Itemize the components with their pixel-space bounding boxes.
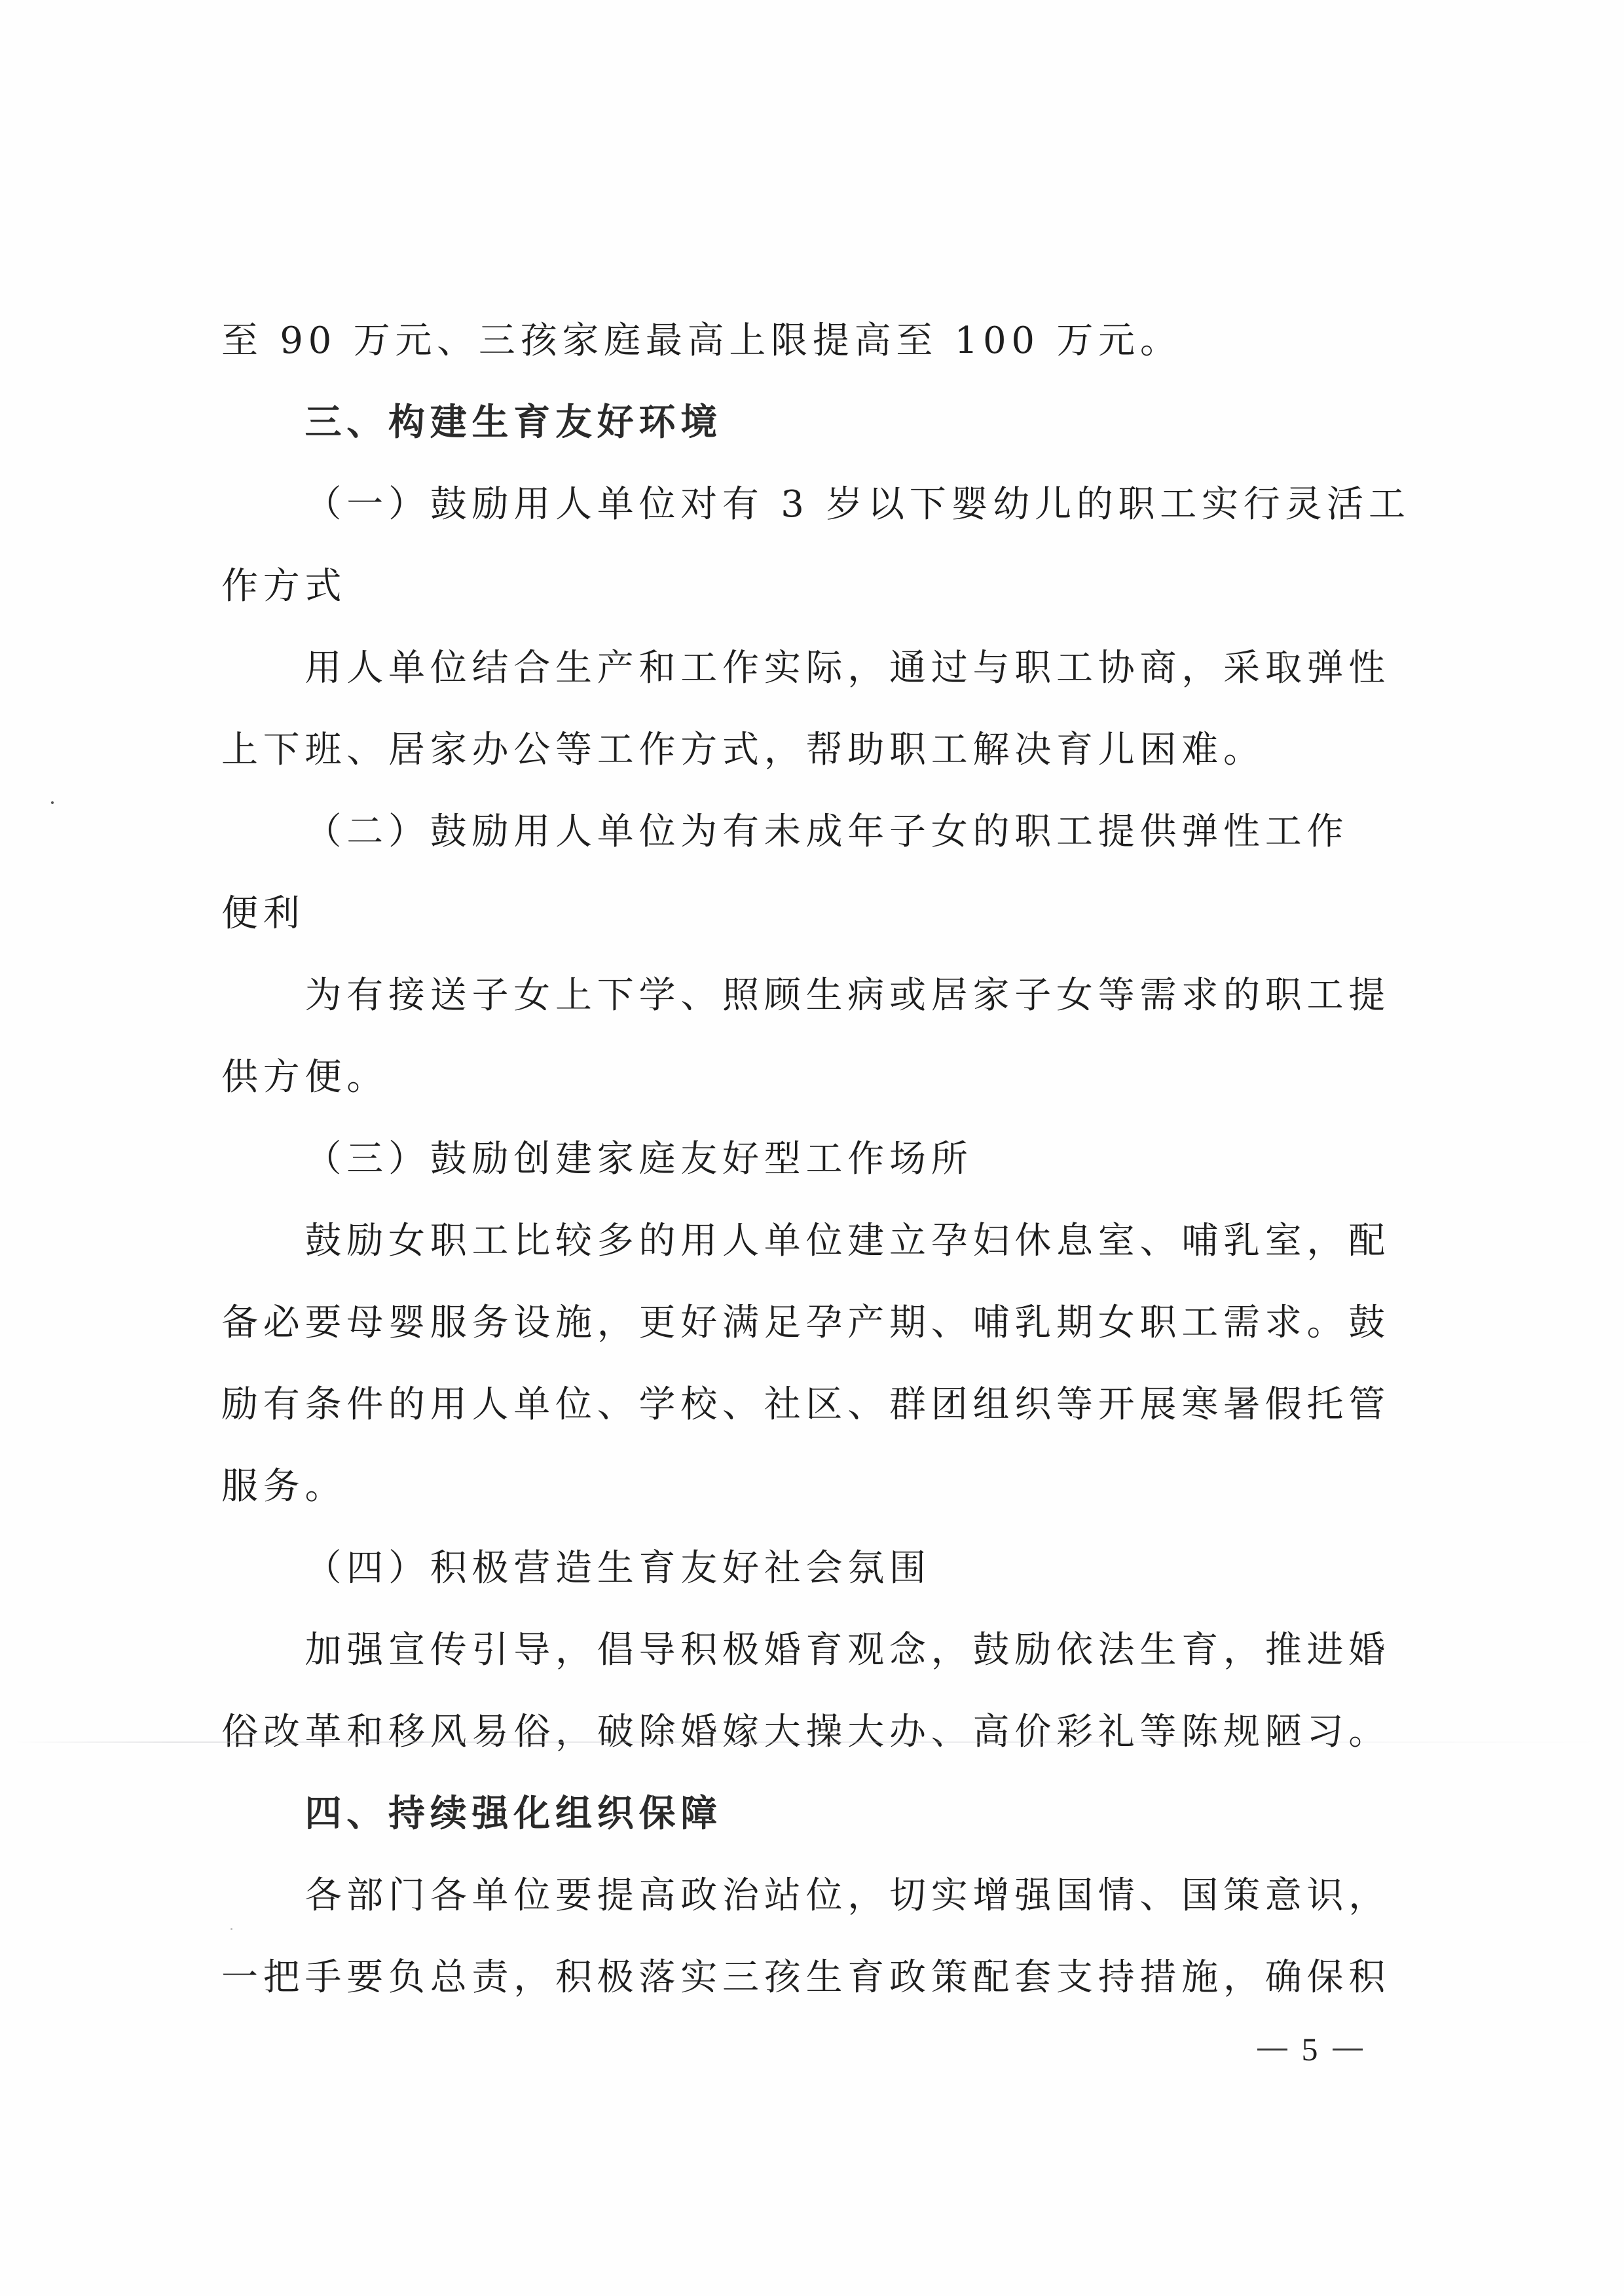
- subsection-heading-1: （一）鼓励用人单位对有 3 岁以下婴幼儿的职工实行灵活工: [221, 470, 1393, 552]
- subsection-heading-4: （四）积极营造生育友好社会氛围: [221, 1534, 1393, 1616]
- dust-speck: [51, 801, 54, 804]
- document-body: 至 90 万元、三孩家庭最高上限提高至 100 万元。 三、构建生育友好环境 （…: [221, 306, 1393, 2025]
- paragraph-line: 鼓励女职工比较多的用人单位建立孕妇休息室、哺乳室，配: [221, 1207, 1393, 1288]
- page-number-left-dash: [1257, 2049, 1287, 2050]
- dust-speck: [231, 1928, 232, 1930]
- paragraph-line: 俗改革和移风易俗，破除婚嫁大操大办、高价彩礼等陈规陋习。: [221, 1698, 1393, 1779]
- section-heading-3: 三、构建生育友好环境: [221, 388, 1393, 470]
- paragraph-line: 至 90 万元、三孩家庭最高上限提高至 100 万元。: [221, 306, 1393, 388]
- paragraph-line: 为有接送子女上下学、照顾生病或居家子女等需求的职工提: [221, 961, 1393, 1043]
- subsection-heading-3: （三）鼓励创建家庭友好型工作场所: [221, 1125, 1393, 1207]
- subsection-heading-1-cont: 作方式: [221, 552, 1393, 634]
- paragraph-line: 一把手要负总责，积极落实三孩生育政策配套支持措施，确保积: [221, 1943, 1393, 2025]
- subsection-heading-2-cont: 便利: [221, 879, 1393, 961]
- paragraph-line: 供方便。: [221, 1043, 1393, 1125]
- page-number-value: 5: [1302, 2030, 1318, 2068]
- paragraph-line: 加强宣传引导，倡导积极婚育观念，鼓励依法生育，推进婚: [221, 1616, 1393, 1698]
- paragraph-line: 上下班、居家办公等工作方式，帮助职工解决育儿困难。: [221, 716, 1393, 797]
- paragraph-line: 各部门各单位要提高政治站位，切实增强国情、国策意识，: [221, 1861, 1393, 1943]
- subsection-heading-2: （二）鼓励用人单位为有未成年子女的职工提供弹性工作: [221, 797, 1393, 879]
- page-number-right-dash: [1333, 2049, 1363, 2050]
- document-page: 至 90 万元、三孩家庭最高上限提高至 100 万元。 三、构建生育友好环境 （…: [0, 0, 1624, 2296]
- paragraph-line: 用人单位结合生产和工作实际，通过与职工协商，采取弹性: [221, 634, 1393, 716]
- paragraph-line: 励有条件的用人单位、学校、社区、群团组织等开展寒暑假托管: [221, 1370, 1393, 1452]
- paragraph-line: 服务。: [221, 1452, 1393, 1534]
- page-number: 5: [1231, 2030, 1388, 2069]
- paragraph-line: 备必要母婴服务设施，更好满足孕产期、哺乳期女职工需求。鼓: [221, 1288, 1393, 1370]
- scan-artifact-line: [13, 1741, 1611, 1743]
- section-heading-4: 四、持续强化组织保障: [221, 1779, 1393, 1861]
